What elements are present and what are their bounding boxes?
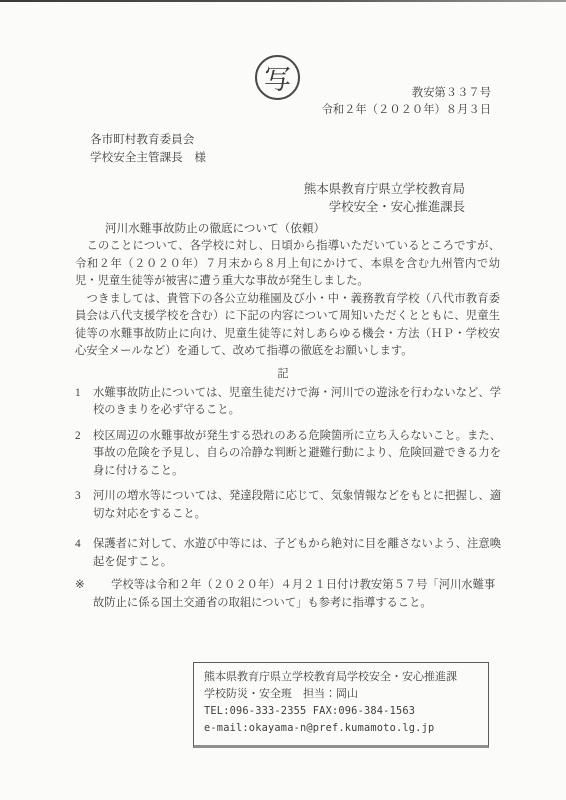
addressee-line-1: 各市町村教育委員会 xyxy=(90,131,566,149)
list-item: 2 校区周辺の水難事故が発生する恐れのある危険箇所に立ち入らないこと。また、事故… xyxy=(75,428,506,481)
contact-email: e-mail:okayama-n@pref.kumamoto.lg.jp xyxy=(204,720,478,737)
addressee-block: 各市町村教育委員会 学校安全主管課長 様 xyxy=(90,131,566,167)
contact-section-and-person: 学校防災・安全班 担当：岡山 xyxy=(204,686,478,703)
contact-info-box: 熊本県教育庁県立学校教育局学校安全・安心推進課 学校防災・安全班 担当：岡山 T… xyxy=(193,662,489,748)
note-text: 学校等は令和２年（２０２０年）４月２１日付け教安第５７号「河川水難事故防止に係る… xyxy=(93,577,501,612)
sender-block: 熊本県教育庁県立学校教育局 学校安全・安心推進課長 xyxy=(0,180,465,216)
sender-line-2: 学校安全・安心推進課長 xyxy=(0,198,465,216)
document-date: 令和２年（２０２０年）８月３日 xyxy=(0,102,491,119)
item-number: 2 xyxy=(75,428,93,481)
contact-tel-fax: TEL:096-333-2355 FAX:096-384-1563 xyxy=(204,703,478,720)
reference-note: ※ 学校等は令和２年（２０２０年）４月２１日付け教安第５７号「河川水難事故防止に… xyxy=(75,577,506,612)
item-text: 校区周辺の水難事故が発生する恐れのある危険箇所に立ち入らないこと。また、事故の危… xyxy=(93,428,501,481)
document-number: 教安第３３７号 xyxy=(0,85,491,102)
scan-edge-artifact xyxy=(0,0,566,2)
numbered-item-list: 1 水難事故防止については、児童生徒だけで海・河川での遊泳を行わないなど、学校の… xyxy=(75,385,506,572)
item-number: 4 xyxy=(75,536,93,571)
list-item: 1 水難事故防止については、児童生徒だけで海・河川での遊泳を行わないなど、学校の… xyxy=(75,385,506,420)
ki-marker: 記 xyxy=(0,366,566,383)
document-header: 教安第３３７号 令和２年（２０２０年）８月３日 xyxy=(0,85,491,119)
scanned-document-page: 写 教安第３３７号 令和２年（２０２０年）８月３日 各市町村教育委員会 学校安全… xyxy=(0,0,566,800)
contact-department: 熊本県教育庁県立学校教育局学校安全・安心推進課 xyxy=(204,669,478,686)
copy-stamp-seal: 写 xyxy=(255,55,300,100)
copy-stamp-character: 写 xyxy=(264,58,291,97)
body-paragraphs: このことについて、各学校に対し、日頃から指導いただいているところですが、令和２年… xyxy=(75,238,500,361)
list-item: 3 河川の増水等については、発達段階に応じて、気象情報などをもとに把握し、適切な… xyxy=(75,488,506,523)
note-marker: ※ xyxy=(75,577,93,612)
item-number: 3 xyxy=(75,488,93,523)
item-text: 河川の増水等については、発達段階に応じて、気象情報などをもとに把握し、適切な対応… xyxy=(93,488,501,523)
subject-line: 河川水難事故防止の徹底について（依頼） xyxy=(105,220,566,237)
item-text: 保護者に対して、水遊び中等には、子どもから絶対に目を離さないよう、注意喚起を促す… xyxy=(93,536,501,571)
body-paragraph-1: このことについて、各学校に対し、日頃から指導いただいているところですが、令和２年… xyxy=(75,238,500,291)
body-paragraph-2: つきましては、貴管下の各公立幼稚園及び小・中・義務教育学校（八代市教育委員会は八… xyxy=(75,291,500,361)
list-item: 4 保護者に対して、水遊び中等には、子どもから絶対に目を離さないよう、注意喚起を… xyxy=(75,536,506,571)
addressee-line-2: 学校安全主管課長 様 xyxy=(90,149,566,167)
sender-line-1: 熊本県教育庁県立学校教育局 xyxy=(0,180,465,198)
item-text: 水難事故防止については、児童生徒だけで海・河川での遊泳を行わないなど、学校のきま… xyxy=(93,385,501,420)
item-number: 1 xyxy=(75,385,93,420)
